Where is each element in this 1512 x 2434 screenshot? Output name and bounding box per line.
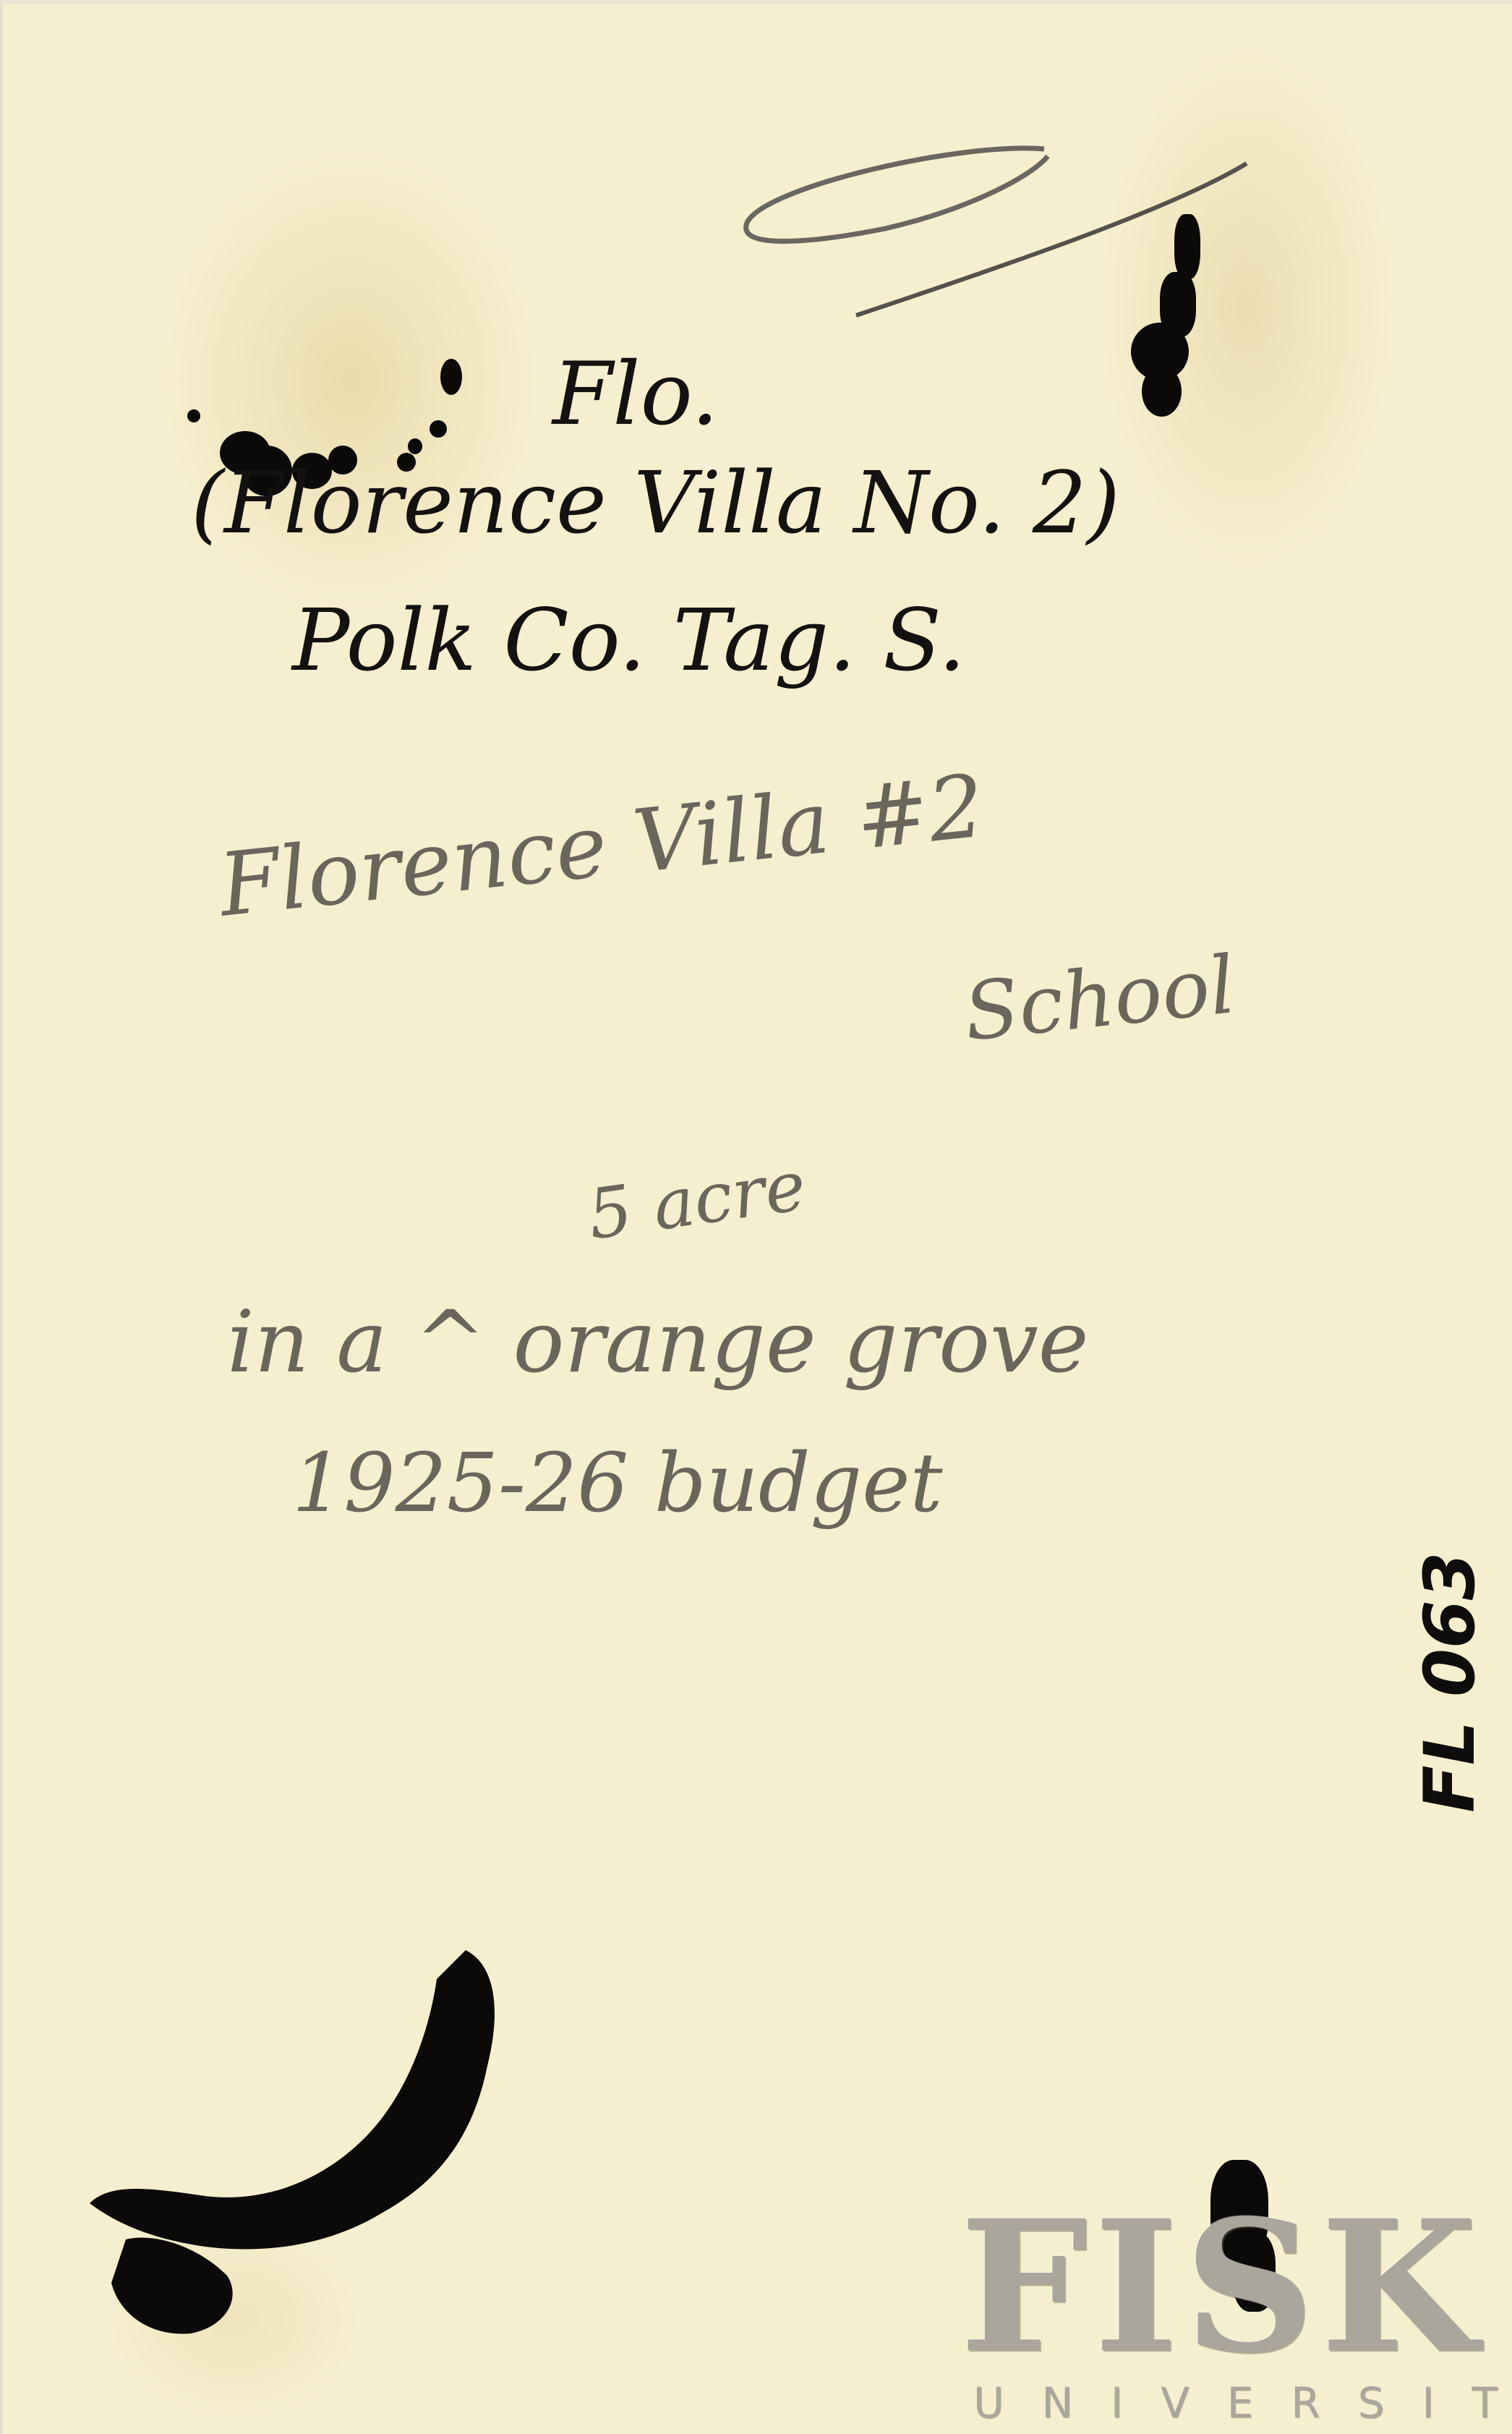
pencil-annotation-school: School [960, 938, 1239, 1059]
logo-subtitle: UNIVERSITY [936, 2378, 1507, 2427]
glue-stain-bottom-left [61, 1921, 524, 2391]
fisk-university-logo: FISK UNIVERSITY [936, 2203, 1507, 2427]
pencil-annotation-orange-grove: in a ^ orange grove [227, 1292, 1089, 1392]
ink-annotation-florence-villa: (Florence Villa No. 2) [191, 453, 1120, 553]
logo-wordmark: FISK [936, 2203, 1507, 2370]
pencil-annotation-florence-villa: Florence Villa #2 [215, 756, 989, 936]
pencil-annotation-acreage: 5 acre [583, 1146, 810, 1255]
ink-annotation-flo: Flo. [552, 344, 719, 445]
catalog-number: FL 063 [1409, 1552, 1490, 1813]
photo-back-card: Flo. (Florence Villa No. 2) Polk Co. Tag… [0, 0, 1512, 2434]
ink-annotation-polk-county: Polk Co. Tag. S. [292, 590, 965, 690]
pencil-annotation-budget: 1925-26 budget [292, 1437, 943, 1531]
